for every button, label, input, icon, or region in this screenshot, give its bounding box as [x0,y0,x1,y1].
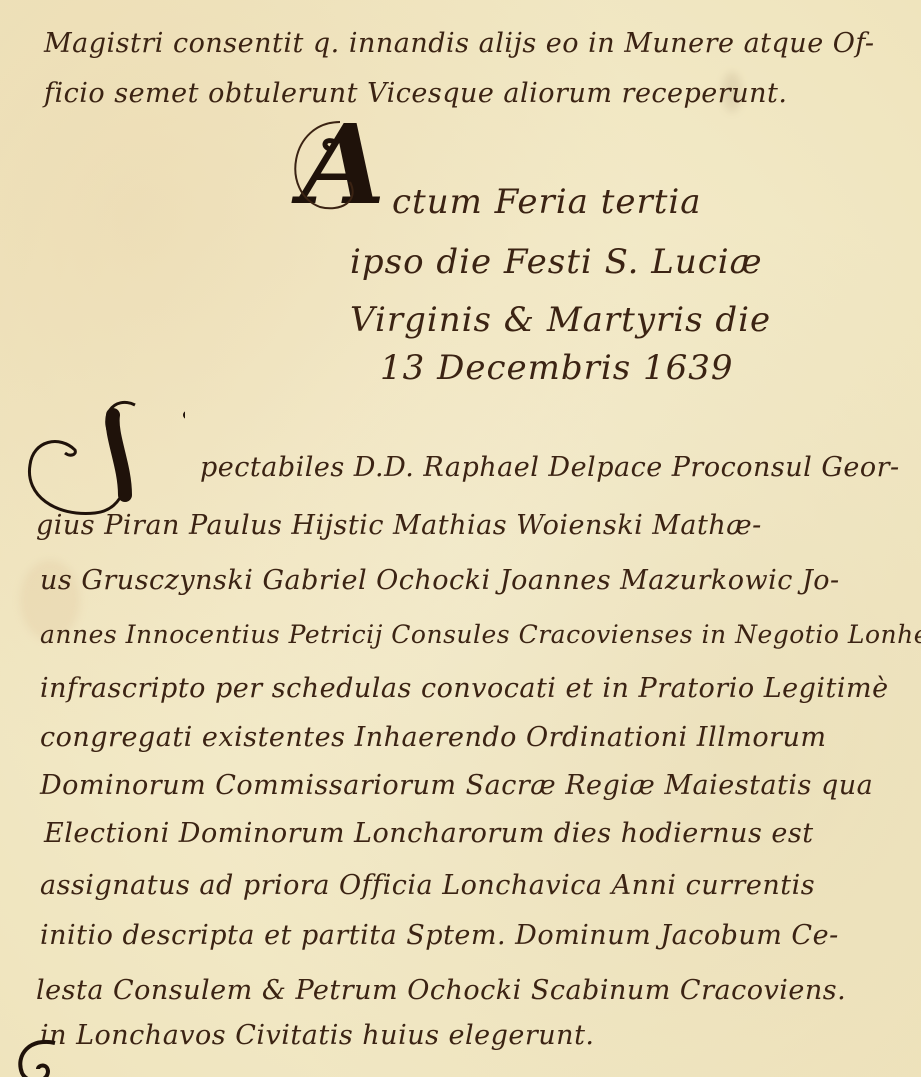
entry-line-8: Electioni Dominorum Loncharorum dies hod… [44,818,814,849]
entry-line-5: infrascripto per schedulas convocati et … [40,673,889,704]
heading-line-1: ctum Feria tertia [392,182,702,222]
entry-line-1: pectabiles D.D. Raphael Delpace Proconsu… [200,452,900,483]
previous-entry-line-2: ficio semet obtulerunt Vicesque aliorum … [44,78,787,109]
entry-line-11: lesta Consulem & Petrum Ochocki Scabinum… [36,975,846,1006]
entry-line-7: Dominorum Commissariorum Sacræ Regiæ Mai… [40,770,873,801]
manuscript-page: ~~~~~~~~~~~~~~~~~~~~~~~~~~~~~~~~~~~~~~~~… [0,0,921,1077]
entry-line-2: gius Piran Paulus Hijstic Mathias Woiens… [36,510,762,541]
entry-line-10: initio descripta et partita Sptem. Domin… [40,920,839,951]
heading-line-2: ipso die Festi S. Luciæ [350,242,763,282]
entry-line-9: assignatus ad priora Officia Lonchavica … [40,870,815,901]
heading-line-3: Virginis & Martyris die [350,300,771,340]
cut-off-line: ~~~~~~~~~~~~~~~~~~~~~~~~~~~~~~~~~~~~~~~~… [40,0,921,11]
heading-dropcap: A [300,110,385,220]
entry-line-12: in Lonchavos Civitatis huius elegerunt. [40,1020,595,1051]
heading-line-4: 13 Decembris 1639 [380,348,734,388]
entry-line-3: us Grusczynski Gabriel Ochocki Joannes M… [40,565,840,596]
previous-entry-line-1: Magistri consentit q. innandis alijs eo … [44,28,875,59]
entry-line-6: congregati existentes Inhaerendo Ordinat… [40,722,826,753]
entry-line-4: annes Innocentius Petricij Consules Crac… [40,620,921,649]
